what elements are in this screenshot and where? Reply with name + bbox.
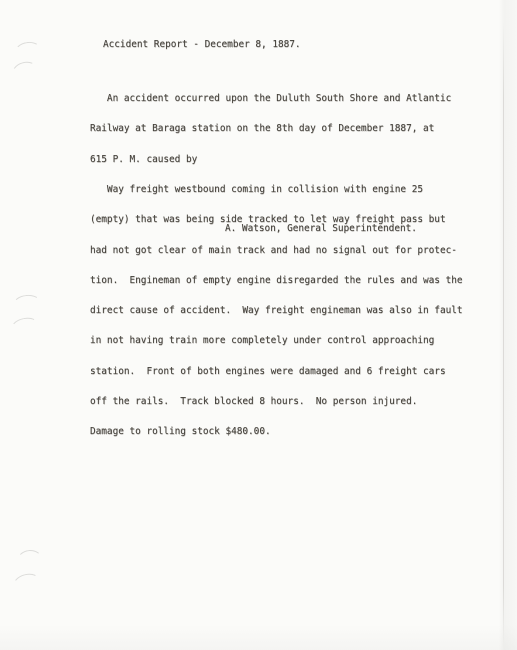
body-line: Damage to rolling stock $480.00. — [90, 427, 463, 437]
body-line: in not having train more completely unde… — [90, 336, 463, 346]
body-line: 615 P. M. caused by — [90, 155, 463, 165]
hole-punch-mark — [11, 571, 43, 597]
scanned-document-page: Accident Report - December 8, 1887. An a… — [0, 0, 517, 650]
body-line: An accident occurred upon the Duluth Sou… — [90, 94, 463, 104]
paper-edge-line — [503, 22, 504, 648]
body-line: direct cause of accident. Way freight en… — [90, 306, 463, 316]
hole-punch-mark — [10, 59, 41, 85]
hole-punch-mark — [9, 315, 40, 338]
body-line: tion. Engineman of empty engine disregar… — [90, 276, 463, 286]
document-title: Accident Report - December 8, 1887. — [103, 40, 301, 50]
hole-punch-mark — [12, 294, 42, 315]
body-line: off the rails. Track blocked 8 hours. No… — [90, 397, 463, 407]
hole-punch-mark — [14, 40, 42, 61]
document-body: An accident occurred upon the Duluth Sou… — [90, 74, 463, 458]
body-line: had not got clear of main track and had … — [90, 246, 463, 256]
body-line: Railway at Baraga station on the 8th day… — [90, 124, 463, 134]
signature-line: A. Watson, General Superintendent. — [225, 224, 417, 234]
body-line: Way freight westbound coming in collisio… — [90, 185, 463, 195]
body-line: station. Front of both engines were dama… — [90, 367, 463, 377]
hole-punch-mark — [16, 549, 43, 573]
